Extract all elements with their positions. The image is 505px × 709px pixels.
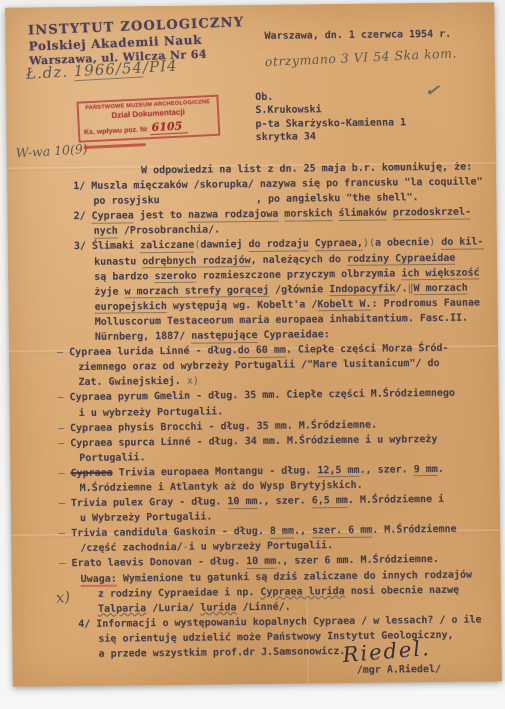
body-text-segment: 6,5 mm: [312, 495, 348, 508]
body-text-segment: Cypraea: [92, 211, 134, 224]
stamp-register-label: Ks. wpływu poz. Nr: [84, 126, 148, 136]
body-text-segment: .: [438, 464, 444, 475]
body-text-segment: : Prodromus Faunae: [371, 297, 479, 309]
body-text-segment: 9 mm: [414, 464, 438, 477]
body-text-segment: Cypraea: [70, 467, 112, 478]
body-text-segment: Kobelt W.: [317, 299, 371, 312]
body-text-segment: —: [58, 468, 70, 479]
body-text-segment: —: [57, 347, 69, 358]
body-text-segment: są bardzo: [94, 271, 154, 283]
date-line: Warszawa, dn. 1 czerwca 1954 r.: [264, 29, 451, 42]
recipient-post: p-ta Skarżysko-Kamienna 1: [255, 116, 406, 131]
body-text-segment: nosi obecnie nazwę: [345, 584, 460, 596]
body-text-segment: —: [58, 392, 70, 403]
body-text-segment: morskich: [284, 208, 332, 221]
body-text-segment: w morzach strefy gorącej: [124, 285, 269, 299]
body-text-segment: /część zachodnia/: [80, 542, 182, 554]
body-text-segment: Nürnberg, 1887/: [95, 331, 191, 343]
checkmark-pencil: ✓: [424, 80, 441, 102]
stamp-register-line: Ks. wpływu poz. Nr 6105: [84, 118, 214, 137]
body-text-segment: —: [58, 423, 70, 434]
scanned-letter-page: INSTYTUT ZOOLOGICZNY Polskiej Akademii N…: [0, 0, 505, 709]
body-text-segment: Erato laevis Donovan - dług.: [71, 557, 246, 570]
body-text-segment: nazwa rodzajowa: [188, 209, 278, 223]
recipient-box: skrytka 34: [256, 129, 407, 144]
body-text-segment: szeroko: [154, 270, 196, 283]
letter-body: W odpowiedzi na list z dn. 25 maja b.r. …: [55, 159, 497, 662]
footnote-x-mark: x): [55, 587, 71, 607]
body-text-segment: do 60 mm: [238, 345, 286, 358]
body-text-segment: zaliczane: [140, 240, 194, 253]
ldz-number: 1966/54: [73, 58, 143, 81]
body-text-segment: 3/ Ślimaki: [74, 241, 140, 253]
letter-paper: INSTYTUT ZOOLOGICZNY Polskiej Akademii N…: [5, 2, 502, 687]
body-text-segment: lurida: [200, 602, 236, 613]
body-text-segment: szer. 6 mm: [312, 525, 372, 538]
body-text-segment: —: [59, 559, 71, 570]
body-text-segment: następujące: [191, 330, 257, 343]
body-text-segment: Cypraea spurca Linné - dług. 34 mm. M.Śr…: [70, 434, 437, 449]
body-text-segment: i u wybrzeży Portugalii.: [189, 540, 334, 553]
body-text-segment: ., szer.: [359, 464, 413, 476]
wwa-handwritten-note: W-wa 10(9): [15, 141, 88, 161]
red-pencil-line: [84, 143, 146, 149]
body-text-segment: ziemnego oraz od wybrzeży Portugalii /"M…: [78, 358, 439, 373]
stamp-register-number: 6105: [149, 119, 188, 135]
body-text-segment: /Linné/.: [236, 601, 290, 613]
body-text-segment: występują wg. Kobelt'a /: [167, 299, 318, 312]
body-text-segment: . M.Śródziemne: [372, 524, 456, 536]
body-text-segment: dawniej: [200, 240, 248, 252]
body-text-segment: Cypraea lurida Linné - dług.: [69, 345, 238, 358]
body-text-segment: W odpowiedzi na list z dn. 25 maja b.r. …: [141, 162, 472, 177]
body-text-segment: 12,5 mm: [317, 465, 359, 478]
body-text-segment: ., szer.: [257, 495, 311, 507]
body-text-segment: Trivia candidula Gaskoin - dług.: [71, 526, 270, 539]
body-text-segment: ich większość: [401, 267, 479, 280]
body-text-segment: z rodziny Cypraeidae i np.: [98, 587, 261, 600]
body-text-segment: Zat. Gwinejskiej.: [78, 376, 186, 388]
body-text-segment: ., szer 6 mm. M.Śródziemne.: [276, 554, 439, 567]
body-text-segment: /.: [395, 283, 407, 294]
body-text-segment: 2/: [73, 211, 91, 222]
body-text-segment: Cypraea lurida: [260, 586, 344, 598]
body-text-segment: Cypraea pyrum Gmelin - dług. 35 mm. Ciep…: [70, 388, 455, 403]
body-text-segment: Cypraea physis Brocchi - dług. 35 mm. M.…: [70, 419, 377, 433]
body-text-segment: [278, 209, 284, 220]
signature-typed: /mgr A.Riedel/: [357, 664, 441, 676]
body-text-segment: ślimaków: [338, 208, 386, 221]
body-text-segment: 8 mm: [270, 526, 294, 539]
ldz-prefix: Ł.dz.: [25, 62, 74, 83]
body-text-segment: x): [187, 376, 199, 387]
body-text-segment: po rosyjsku , po angielsku "the shell".: [93, 192, 418, 207]
body-text-segment: —: [58, 438, 70, 449]
body-text-segment: Cypraea,: [315, 238, 363, 251]
body-text-segment: nych: [94, 226, 118, 239]
body-text-segment: —: [59, 528, 71, 539]
body-text-segment: przodoskrzel-: [393, 207, 471, 220]
ldz-suffix: /PĪ4: [142, 57, 178, 77]
body-text-segment: rozmieszczone przyczym olbrzymia: [197, 268, 402, 281]
body-text-segment: jest to: [134, 210, 188, 222]
body-text-segment: i u wybrzeży Portugalii.: [79, 406, 224, 419]
body-text-segment: . M.Śródziemne i: [348, 494, 444, 506]
body-text-segment: M.Śródziemne i Atlantyk aż do Wysp Bryty…: [80, 480, 363, 494]
body-text-segment: , należących do: [251, 253, 347, 265]
body-text-segment: Uwaga:: [81, 573, 117, 587]
body-text-segment: europejskich: [95, 301, 167, 314]
body-text-segment: do kil-: [441, 237, 483, 250]
body-text-segment: a przede wszystkim prof.dr J.Samsonowicz…: [98, 646, 345, 660]
body-text-segment: u Wybrzeży Portugalii.: [80, 512, 213, 525]
body-text-segment: żyje: [94, 286, 124, 297]
body-text-segment: . Ciepłe części Morza Śród-: [286, 343, 449, 356]
body-text-segment: 10 mm: [227, 496, 257, 509]
recipient-block: Ob. S.Krukowski p-ta Skarżysko-Kamienna …: [255, 89, 406, 144]
body-text-segment: W morzach: [413, 282, 467, 295]
body-text-segment: Trivia europaea Montangu - dług.: [113, 465, 318, 478]
body-text-segment: 10 mm: [246, 556, 276, 569]
body-text-segment: /głównie: [269, 284, 329, 296]
body-text-segment: .,: [294, 526, 312, 537]
body-text-segment: Indopacyfik: [329, 283, 395, 296]
body-text-segment: /Prosobranchia/.: [118, 225, 220, 237]
body-text-segment: kunastu: [94, 256, 142, 268]
body-text-segment: Portugalii.: [79, 452, 145, 464]
received-handwritten-note: otrzymano 3 VI 54 Ska kom.: [265, 45, 458, 69]
body-text-segment: 1/ Muszla mięczaków /skorupka/ nazywa si…: [73, 176, 483, 192]
body-text-segment: Cypraeidae:: [257, 329, 329, 341]
body-text-segment: Molluscorum Testaceorum maria europaea i…: [95, 313, 468, 328]
body-text-segment: Trivia pulex Gray - dług.: [71, 496, 228, 509]
body-text-segment: odrębnych rodzajów: [142, 255, 251, 269]
body-text-segment: —: [59, 498, 71, 509]
body-text-segment: /Luria/: [146, 602, 200, 614]
body-text-segment: Talparia: [98, 603, 146, 615]
body-text-segment: rodziny Cypraeidae: [347, 252, 456, 266]
body-text-segment: do rodzaju: [248, 239, 308, 252]
body-text-segment: Wymienione tu gatunki są dziś zaliczane …: [117, 569, 472, 584]
archive-stamp: PAŃSTWOWE MUZEUM ARCHEOLOGICZNE Dział Do…: [76, 95, 220, 143]
body-text-segment: a obecnie: [375, 237, 429, 249]
